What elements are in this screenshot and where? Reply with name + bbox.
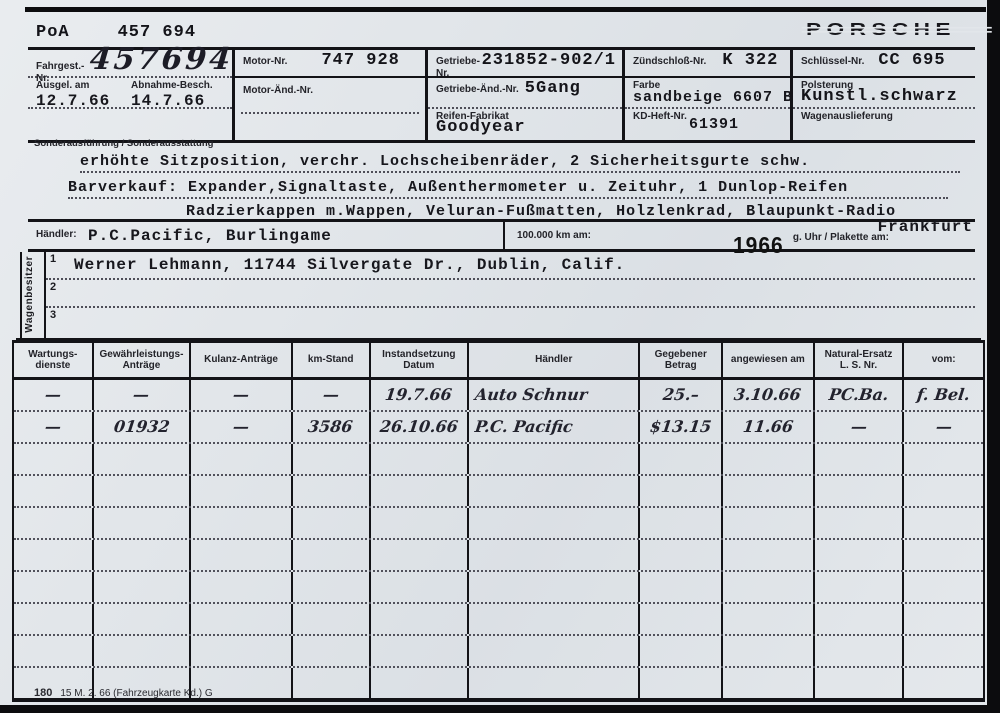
table-cell: — [191, 380, 293, 410]
form-footer-text: 15 M. 2. 66 (Fahrzeugkarte Kd.) G [60, 688, 212, 699]
logo-stripe [802, 31, 992, 33]
table-cell [14, 508, 94, 538]
km-cell: 100.000 km am: 1966 g. Uhr / Plakette am… [505, 222, 975, 249]
table-cell: 3.10.66 [723, 380, 815, 410]
table-cell [904, 508, 983, 538]
table-cell [815, 572, 905, 602]
owner-name: Werner Lehmann, 11744 Silvergate Dr., Du… [74, 256, 625, 275]
getriebe-label: Getriebe-Nr. [436, 56, 486, 79]
scan-right-edge [987, 0, 1000, 713]
reifen-cell: Reifen-Fabrikat Goodyear [428, 109, 622, 137]
table-cell [723, 604, 815, 634]
table-row-empty [14, 444, 983, 476]
table-cell [14, 540, 94, 570]
table-cell: f. Bel. [904, 380, 983, 410]
table-row-empty [14, 508, 983, 540]
table-cell: PC.Ba. [815, 380, 905, 410]
handwritten-entry: PC.Ba. [828, 386, 890, 404]
table-cell [904, 636, 983, 666]
table-cell: $13.15 [640, 412, 723, 442]
logo-stripe [802, 27, 992, 29]
table-cell [371, 604, 470, 634]
table-cell [14, 444, 94, 474]
getriebe-aend-value: 5Gang [525, 80, 581, 99]
table-row-empty [14, 476, 983, 508]
handwritten-entry: — [232, 386, 250, 404]
table-cell [94, 572, 192, 602]
schluessel-label: Schlüssel-Nr. [801, 56, 864, 68]
handwritten-entry: — [132, 386, 150, 404]
table-cell [815, 476, 905, 506]
owner-number: 2 [50, 281, 56, 293]
table-cell [640, 604, 723, 634]
table-cell: — [293, 380, 371, 410]
table-cell [640, 572, 723, 602]
col-header-vom: vom: [904, 343, 983, 377]
sonder-line-3: Radzierkappen m.Wappen, Veluran-Fußmatte… [186, 203, 896, 221]
polsterung-cell: Polsterung Kunstl.schwarz [793, 78, 975, 109]
handwritten-entry: — [232, 418, 250, 436]
table-cell [191, 604, 293, 634]
handwritten-entry: — [849, 418, 867, 436]
header-col-fahrgestell: Fahrgest.-Nr. 457694 Ausgel. am 12.7.66 … [28, 50, 232, 140]
poa-label: PoA [36, 23, 70, 42]
motor-label: Motor-Nr. [243, 56, 287, 68]
header-col-getriebe: Getriebe-Nr. 231852-902/1 Getriebe-Änd.-… [425, 50, 622, 140]
poa-number: PoA457 694 [36, 24, 196, 43]
table-row-empty [14, 540, 983, 572]
owner-number: 3 [50, 309, 56, 321]
handwritten-entry: Auto Schnur [474, 386, 588, 404]
dates-cell: Ausgel. am 12.7.66 Abnahme-Besch. 14.7.6… [28, 78, 232, 109]
table-cell [469, 636, 640, 666]
table-cell [640, 636, 723, 666]
table-row-empty [14, 572, 983, 604]
table-cell [469, 540, 640, 570]
kd-heft-cell: KD-Heft-Nr. 61391 [625, 109, 790, 137]
abnahme-value: 14.7.66 [131, 92, 226, 111]
table-cell: — [904, 412, 983, 442]
owner-row: 1 Werner Lehmann, 11744 Silvergate Dr., … [46, 252, 975, 280]
table-cell [191, 636, 293, 666]
haendler-value: P.C.Pacific, Burlingame [88, 227, 332, 246]
table-cell [904, 540, 983, 570]
table-cell [815, 444, 905, 474]
haendler-cell: Händler: P.C.Pacific, Burlingame [28, 222, 505, 249]
table-row-empty [14, 636, 983, 668]
motor-aend-label: Motor-Änd.-Nr. [243, 85, 313, 96]
table-cell [469, 508, 640, 538]
col-header-km-stand: km-Stand [293, 343, 371, 377]
owner-row: 2 [46, 280, 975, 308]
ausgel-label: Ausgel. am [36, 80, 131, 92]
scan-bottom-edge [0, 705, 1000, 713]
motor-aend-cell: Motor-Änd.-Nr. [235, 78, 425, 137]
handwritten-entry: P.C. Pacific [474, 418, 574, 436]
col-header-natural-ersatz: Natural-Ersatz L. S. Nr. [815, 343, 905, 377]
farbe-cell: Farbe sandbeige 6607 B [625, 78, 790, 109]
table-cell [371, 444, 470, 474]
schluessel-cell: Schlüssel-Nr. CC 695 [793, 50, 975, 78]
empty-cell [28, 109, 232, 137]
table-cell: 25.– [640, 380, 723, 410]
fahrgest-cell: Fahrgest.-Nr. 457694 [28, 50, 232, 78]
farbe-value: sandbeige 6607 B [633, 89, 784, 107]
schluessel-value: CC 695 [878, 52, 945, 71]
haendler-label: Händler: [36, 229, 77, 241]
table-cell [14, 636, 94, 666]
table-cell [293, 540, 371, 570]
table-cell [191, 540, 293, 570]
table-cell [293, 572, 371, 602]
table-cell [723, 444, 815, 474]
ausgel-value: 12.7.66 [36, 92, 131, 111]
handwritten-entry: 3586 [307, 418, 354, 436]
handwritten-entry: — [44, 418, 62, 436]
zuendschloss-cell: Zündschloß-Nr. K 322 [625, 50, 790, 78]
table-cell [723, 476, 815, 506]
handwritten-entry: 3.10.66 [733, 386, 802, 404]
zuendschloss-value: K 322 [722, 52, 778, 71]
table-cell [640, 540, 723, 570]
table-cell: — [14, 412, 94, 442]
wagenbesitzer-strip: Wagenbesitzer [22, 252, 46, 338]
table-cell [904, 476, 983, 506]
table-cell [94, 476, 192, 506]
table-cell [191, 444, 293, 474]
handwritten-entry: — [322, 386, 340, 404]
wagenbesitzer-block: Wagenbesitzer 1 Werner Lehmann, 11744 Si… [20, 252, 975, 338]
table-cell [640, 508, 723, 538]
handwritten-entry: 01932 [113, 418, 171, 436]
service-table: Wartungs- dienste Gewährleistungs- Anträ… [12, 340, 985, 700]
reifen-value: Goodyear [436, 119, 616, 138]
table-cell: 01932 [94, 412, 192, 442]
table-cell [94, 444, 192, 474]
table-body: ————19.7.66Auto Schnur25.–3.10.66PC.Ba.f… [14, 380, 983, 698]
table-cell [371, 540, 470, 570]
table-cell [371, 508, 470, 538]
table-cell [815, 508, 905, 538]
handwritten-entry: 11.66 [742, 418, 794, 436]
table-cell [469, 444, 640, 474]
table-cell [14, 572, 94, 602]
table-row-empty [14, 604, 983, 636]
header-col-motor: Motor-Nr. 747 928 Motor-Änd.-Nr. [232, 50, 425, 140]
table-cell [14, 604, 94, 634]
form-footer: 18015 M. 2. 66 (Fahrzeugkarte Kd.) G [12, 684, 985, 702]
form-number: 18015 M. 2. 66 (Fahrzeugkarte Kd.) G [34, 687, 213, 699]
form-number-bold: 180 [34, 687, 52, 699]
table-row: ————19.7.66Auto Schnur25.–3.10.66PC.Ba.f… [14, 380, 983, 412]
kd-heft-value: 61391 [689, 116, 784, 134]
sonder-label: Sonderausführung / Sonderausstattung [34, 139, 213, 149]
wagenauslieferung-cell: Wagenauslieferung [793, 109, 975, 137]
table-cell [293, 508, 371, 538]
table-cell [94, 604, 192, 634]
getriebe-aend-cell: Getriebe-Änd.-Nr. 5Gang [428, 78, 622, 109]
table-cell [723, 636, 815, 666]
haendler-row: Händler: P.C.Pacific, Burlingame 100.000… [28, 222, 975, 252]
table-cell [293, 476, 371, 506]
table-cell [14, 476, 94, 506]
table-cell: — [815, 412, 905, 442]
porsche-logo: PORSCHE [806, 22, 987, 38]
col-header-wartungsdienste: Wartungs- dienste [14, 343, 94, 377]
table-cell: Auto Schnur [469, 380, 640, 410]
poa-value: 457 694 [118, 23, 196, 42]
uhr-plakette-label: g. Uhr / Plakette am: [793, 232, 889, 244]
table-cell [469, 604, 640, 634]
table-cell [371, 476, 470, 506]
table-cell [469, 476, 640, 506]
handwritten-entry: f. Bel. [916, 386, 971, 404]
table-cell [723, 572, 815, 602]
uhr-plakette-value: Frankfurt [878, 218, 973, 237]
table-cell [640, 476, 723, 506]
table-row: —01932—358626.10.66P.C. Pacific$13.1511.… [14, 412, 983, 444]
wagenauslieferung-label: Wagenauslieferung [801, 111, 969, 123]
scanned-card: PoA457 694 PORSCHE Fahrgest.-Nr. 457694 … [0, 0, 1000, 713]
motor-value: 747 928 [321, 52, 399, 71]
table-cell [371, 636, 470, 666]
table-cell: 19.7.66 [371, 380, 470, 410]
polsterung-value: Kunstl.schwarz [801, 88, 969, 107]
handwritten-entry: — [44, 386, 62, 404]
handwritten-entry: 25.– [662, 386, 700, 404]
sonder-line-2: Barverkauf: Expander,Signaltaste, Außent… [68, 179, 948, 199]
table-cell: — [191, 412, 293, 442]
header-grid: Fahrgest.-Nr. 457694 Ausgel. am 12.7.66 … [28, 47, 975, 143]
header-col-schluessel: Schlüssel-Nr. CC 695 Polsterung Kunstl.s… [790, 50, 975, 140]
table-cell [815, 604, 905, 634]
sonderausstattung-block: Sonderausführung / Sonderausstattung erh… [28, 137, 975, 222]
table-cell: 26.10.66 [371, 412, 470, 442]
abnahme-label: Abnahme-Besch. [131, 80, 226, 92]
getriebe-cell: Getriebe-Nr. 231852-902/1 [428, 50, 622, 78]
table-cell [293, 444, 371, 474]
owner-row: 3 [46, 308, 975, 336]
table-cell: 3586 [293, 412, 371, 442]
handwritten-entry: 26.10.66 [379, 418, 459, 436]
getriebe-value: 231852-902/1 [482, 52, 616, 71]
porsche-logo-text: PORSCHE [806, 20, 956, 39]
table-cell: P.C. Pacific [469, 412, 640, 442]
owner-number: 1 [50, 253, 56, 265]
table-header-row: Wartungs- dienste Gewährleistungs- Anträ… [14, 343, 983, 380]
table-cell [94, 540, 192, 570]
table-cell: — [94, 380, 192, 410]
fahrgest-value: 457694 [89, 46, 235, 73]
table-cell: 11.66 [723, 412, 815, 442]
table-cell [191, 572, 293, 602]
table-cell [904, 604, 983, 634]
scan-top-edge [25, 7, 986, 12]
getriebe-aend-label: Getriebe-Änd.-Nr. [436, 84, 519, 96]
table-cell [904, 572, 983, 602]
handwritten-entry: $13.15 [649, 418, 712, 436]
table-cell [293, 636, 371, 666]
table-cell [293, 604, 371, 634]
wagenbesitzer-label: Wagenbesitzer [24, 256, 35, 333]
handwritten-entry: — [935, 418, 953, 436]
table-cell [723, 540, 815, 570]
zuendschloss-label: Zündschloß-Nr. [633, 56, 706, 68]
col-header-haendler: Händler [469, 343, 640, 377]
col-header-kulanz: Kulanz-Anträge [191, 343, 293, 377]
table-cell [191, 476, 293, 506]
blank-line [241, 112, 419, 114]
handwritten-entry: 19.7.66 [384, 386, 453, 404]
sonder-line-1: erhöhte Sitzposition, verchr. Lochscheib… [80, 153, 960, 173]
table-cell: — [14, 380, 94, 410]
table-cell [640, 444, 723, 474]
table-cell [371, 572, 470, 602]
table-cell [191, 508, 293, 538]
table-cell [815, 636, 905, 666]
table-cell [94, 508, 192, 538]
table-cell [723, 508, 815, 538]
motor-cell: Motor-Nr. 747 928 [235, 50, 425, 78]
col-header-betrag: Gegebener Betrag [640, 343, 723, 377]
header-col-zuendschloss: Zündschloß-Nr. K 322 Farbe sandbeige 660… [622, 50, 790, 140]
table-cell [94, 636, 192, 666]
table-cell [815, 540, 905, 570]
table-cell [904, 444, 983, 474]
km-label: 100.000 km am: [517, 230, 591, 242]
table-cell [469, 572, 640, 602]
col-header-instandsetzung: Instandsetzung Datum [371, 343, 470, 377]
owner-list: 1 Werner Lehmann, 11744 Silvergate Dr., … [46, 252, 975, 338]
col-header-angewiesen: angewiesen am [723, 343, 815, 377]
col-header-gewaehrleistung: Gewährleistungs- Anträge [94, 343, 192, 377]
